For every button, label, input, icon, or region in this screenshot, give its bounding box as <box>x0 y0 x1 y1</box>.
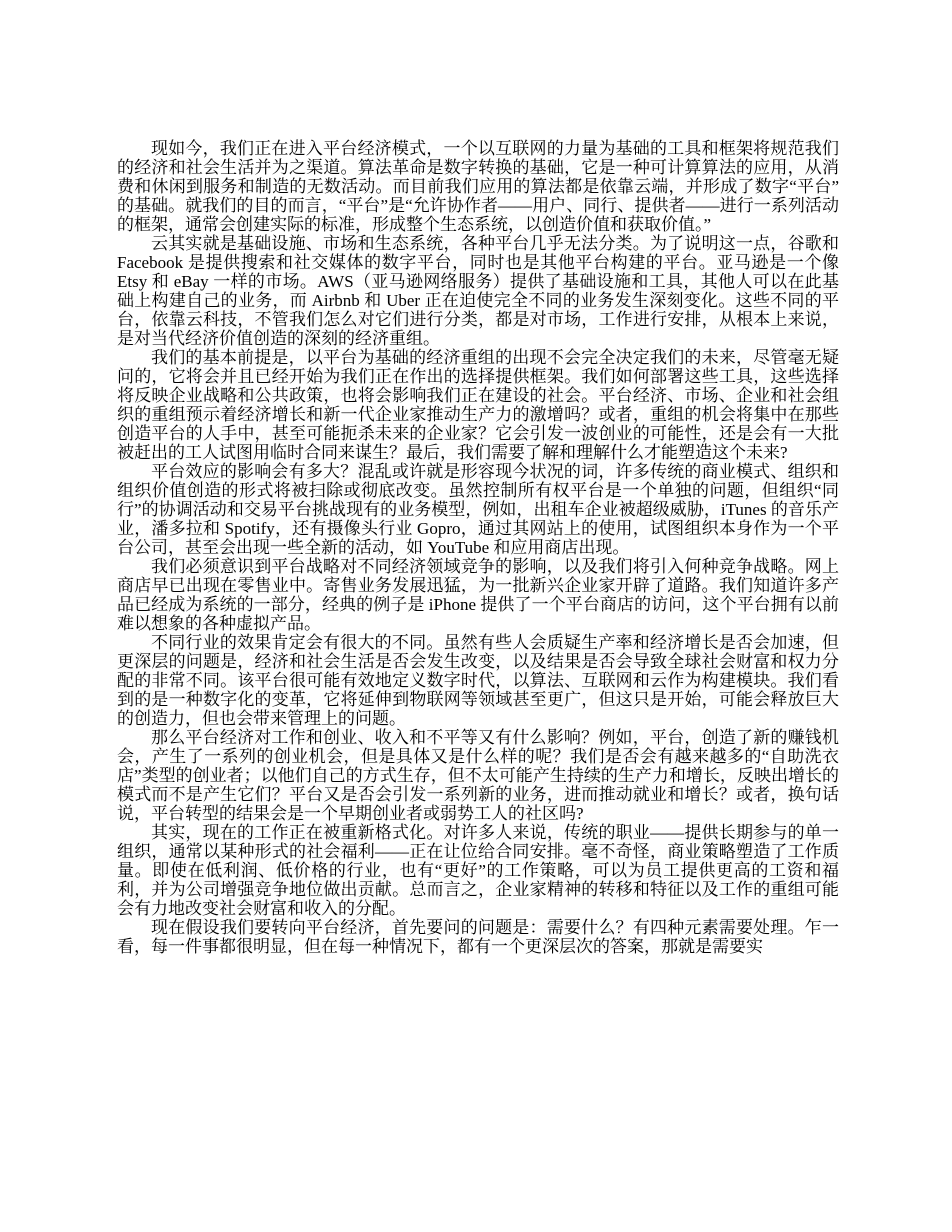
paragraph-cloud-infrastructure: 云其实就是基础设施、市场和生态系统，各种平台几乎无法分类。为了说明这一点，谷歌和… <box>117 234 839 348</box>
paragraph-four-elements: 现在假设我们要转向平台经济，首先要问的问题是：需要什么？有四种元素需要处理。乍一… <box>117 918 839 956</box>
paragraph-platform-effects: 平台效应的影响会有多大？混乱或许就是形容现今状况的词，许多传统的商业模式、组织和… <box>117 462 839 557</box>
paragraph-competition-strategy: 我们必须意识到平台战略对不同经济领域竞争的影响，以及我们将引入何种竞争战略。网上… <box>117 557 839 633</box>
paragraph-industry-differences: 不同行业的效果肯定会有很大的不同。虽然有些人会质疑生产率和经济增长是否会加速，但… <box>117 633 839 728</box>
paragraph-work-and-entrepreneurship: 那么平台经济对工作和创业、收入和不平等又有什么影响？例如，平台，创造了新的赚钱机… <box>117 728 839 823</box>
paragraph-intro-platform-economy: 现如今，我们正在进入平台经济模式，一个以互联网的力量为基础的工具和框架将规范我们… <box>117 139 839 234</box>
paragraph-basic-premise: 我们的基本前提是，以平台为基础的经济重组的出现不会完全决定我们的未来，尽管毫无疑… <box>117 348 839 462</box>
paragraph-work-reformatting: 其实，现在的工作正在被重新格式化。对许多人来说，传统的职业——提供长期参与的单一… <box>117 823 839 918</box>
document-text-block: 现如今，我们正在进入平台经济模式，一个以互联网的力量为基础的工具和框架将规范我们… <box>117 139 839 956</box>
document-page: 现如今，我们正在进入平台经济模式，一个以互联网的力量为基础的工具和框架将规范我们… <box>0 0 952 1232</box>
